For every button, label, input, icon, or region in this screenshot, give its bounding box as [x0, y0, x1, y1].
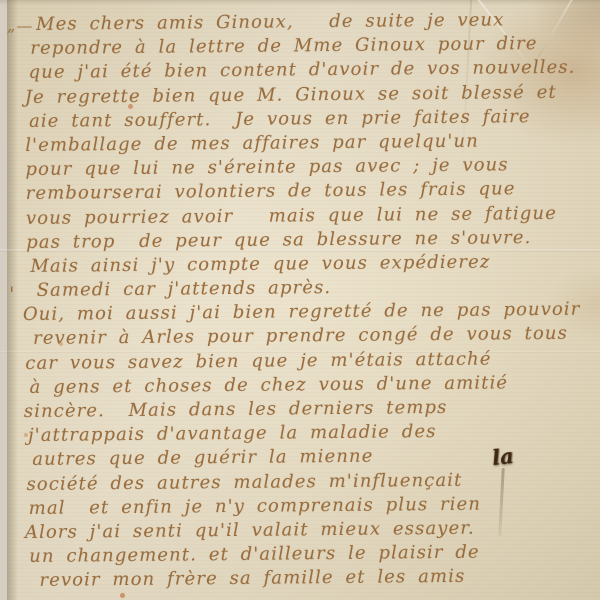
paper-speck: [128, 104, 133, 109]
letter-body: Mes chers amis Ginoux, de suite je veux …: [20, 7, 600, 593]
paper-speck: [59, 342, 63, 346]
paper-speck: [120, 593, 125, 598]
margin-mark-samedi: ': [9, 282, 15, 306]
paper-left-edge: [0, 0, 7, 600]
letter-line: revoir mon frère sa famille et les amis: [25, 564, 600, 594]
paper-speck: [24, 433, 28, 437]
handwritten-letter-photo: „ — ' Mes chers amis Ginoux, de suite je…: [0, 0, 600, 600]
paper-top-edge-shadow: [0, 0, 600, 5]
ink-blot-word: la: [491, 443, 515, 470]
